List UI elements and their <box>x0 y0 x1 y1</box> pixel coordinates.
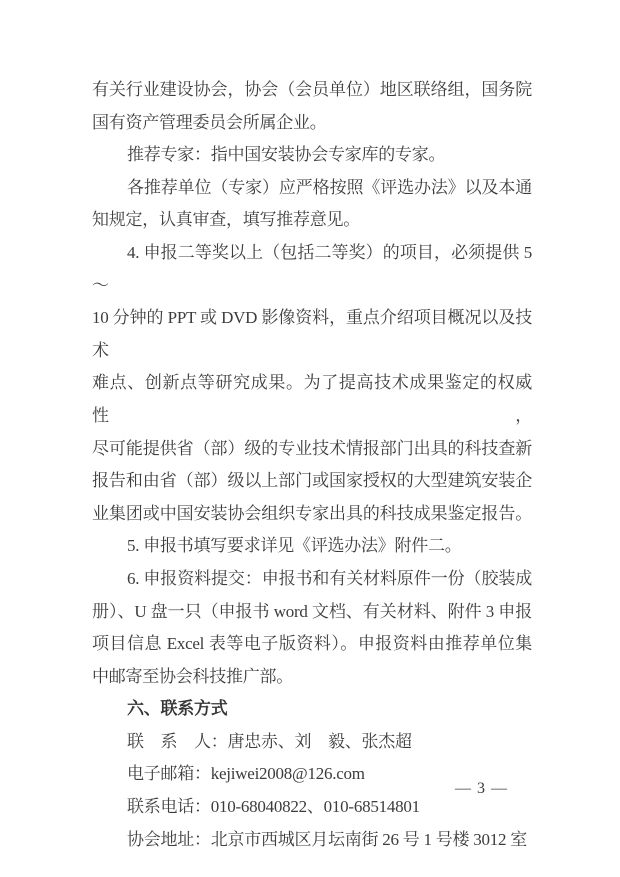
body-line: 推荐专家：指中国安装协会专家库的专家。 <box>92 139 532 172</box>
document-page: 有关行业建设协会，协会（会员单位）地区联络组，国务院 国有资产管理委员会所属企业… <box>0 0 620 877</box>
body-line: 有关行业建设协会，协会（会员单位）地区联络组，国务院 <box>92 74 532 107</box>
contact-person-line: 联 系 人：唐忠赤、刘 毅、张杰超 <box>92 726 532 759</box>
body-line: 业集团或中国安装协会组织专家出具的科技成果鉴定报告。 <box>92 498 532 531</box>
body-line: 难点、创新点等研究成果。为了提高技术成果鉴定的权威性， <box>92 367 532 432</box>
body-line: 10 分钟的 PPT 或 DVD 影像资料，重点介绍项目概况以及技术 <box>92 302 532 367</box>
body-line: 4. 申报二等奖以上（包括二等奖）的项目，必须提供 5～ <box>92 237 532 302</box>
contact-address-line: 协会地址：北京市西城区月坛南街 26 号 1 号楼 3012 室 <box>92 824 532 857</box>
body-line: 各推荐单位（专家）应严格按照《评选办法》以及本通 <box>92 172 532 205</box>
document-body: 有关行业建设协会，协会（会员单位）地区联络组，国务院 国有资产管理委员会所属企业… <box>92 74 532 856</box>
body-line: 报告和由省（部）级以上部门或国家授权的大型建筑安装企 <box>92 465 532 498</box>
body-line: 册）、U 盘一只（申报书 word 文档、有关材料、附件 3 申报 <box>92 596 532 629</box>
body-line: 项目信息 Excel 表等电子版资料）。申报资料由推荐单位集 <box>92 628 532 661</box>
body-line: 6. 申报资料提交：申报书和有关材料原件一份（胶装成 <box>92 563 532 596</box>
page-number: — 3 — <box>455 780 508 798</box>
body-line: 知规定，认真审查，填写推荐意见。 <box>92 204 532 237</box>
body-line: 5. 申报书填写要求详见《评选办法》附件二。 <box>92 530 532 563</box>
section-heading-contact: 六、联系方式 <box>92 693 532 726</box>
body-line: 国有资产管理委员会所属企业。 <box>92 107 532 140</box>
body-line: 中邮寄至协会科技推广部。 <box>92 661 532 694</box>
body-line: 尽可能提供省（部）级的专业技术情报部门出具的科技查新 <box>92 433 532 466</box>
